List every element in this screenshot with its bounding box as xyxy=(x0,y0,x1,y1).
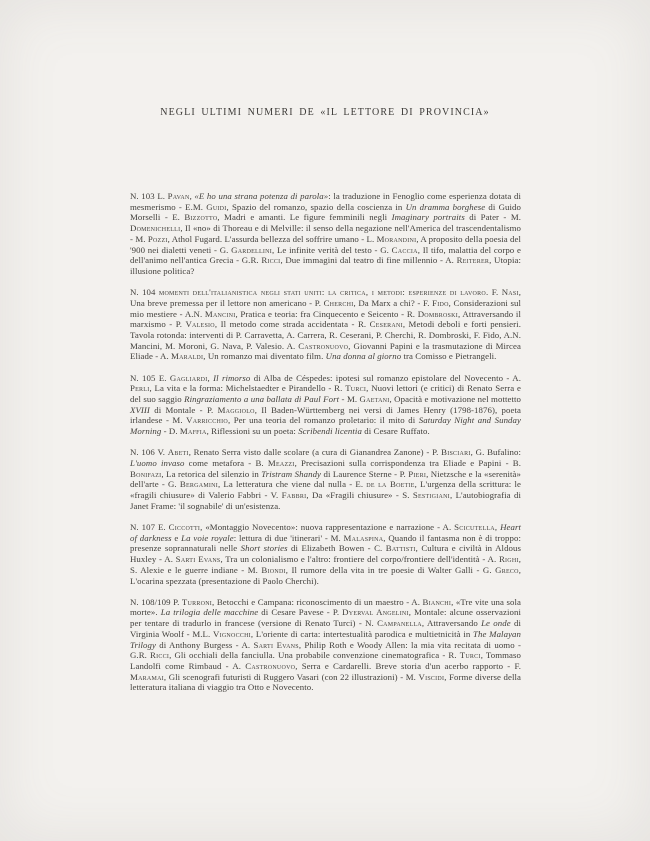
author-name: Pozzi xyxy=(148,234,168,244)
entry-text: di Montale - P. xyxy=(150,405,218,415)
author-name: Ceserani xyxy=(370,319,403,329)
author-name: Abeti xyxy=(168,447,189,457)
author-name: Sarti Evans xyxy=(253,640,298,650)
author-name: Fido xyxy=(432,298,449,308)
author-name: Maramai xyxy=(130,672,164,682)
author-name: Perli xyxy=(130,383,149,393)
work-title: Tristram Shandy xyxy=(261,469,321,479)
author-name: Ricci xyxy=(150,650,169,660)
entry-text: , Pratica e teoria: fra Cinquecento e Se… xyxy=(235,309,417,319)
issue-entry: N. 108/109 P. Turroni, Betocchi e Campan… xyxy=(130,597,521,693)
author-name: Scicutella xyxy=(454,522,495,532)
entry-text: E. xyxy=(159,373,170,383)
entry-text: , «Montaggio Novecento»: nuova rappresen… xyxy=(200,522,454,532)
author-name: Domenichelli xyxy=(130,223,180,233)
entry-text: come metafora - B. xyxy=(184,458,267,468)
entry-text: , Riflessioni su un poeta: xyxy=(207,426,299,436)
entry-text: , Da «Fragili chiusure» - S. xyxy=(306,490,413,500)
entry-text: , Betocchi e Campana: riconoscimento di … xyxy=(212,597,422,607)
author-name: Meazzi xyxy=(268,458,295,468)
entry-text: tra Comisso e Pietrangeli. xyxy=(401,351,496,361)
author-name: Turci xyxy=(345,383,366,393)
document-page: NEGLI ULTIMI NUMERI DE «IL LETTORE DI PR… xyxy=(0,0,650,841)
entry-text: di Cesare Pavese - P. xyxy=(258,607,342,617)
issue-entry: N. 105 E. Gagliardi, Il rimorso di Alba … xyxy=(130,373,521,437)
author-name: Bergamini xyxy=(180,479,218,489)
author-name: Bonifazi xyxy=(130,469,161,479)
work-title: L'uomo invaso xyxy=(130,458,184,468)
author-name: momenti dell'italianistica negli stati u… xyxy=(159,287,489,297)
entry-text: E. xyxy=(158,522,169,532)
entry-text: N. 105 xyxy=(130,373,159,383)
work-title: «E ho una strana potenza di parola» xyxy=(194,191,328,201)
entry-text: , Le infinite verità del testo - G. xyxy=(272,245,392,255)
author-name: Valesio xyxy=(185,319,214,329)
entry-text: e xyxy=(172,533,181,543)
entry-text: di Laurence Sterne - P. xyxy=(321,469,408,479)
entry-text: , Renato Serra visto dalle scolare (a cu… xyxy=(189,447,441,457)
entry-text: , Il metodo come strada accidentata - R. xyxy=(215,319,370,329)
work-title: Ringraziamento a una ballata di Paul For… xyxy=(184,394,339,404)
author-name: Righi xyxy=(499,554,519,564)
issue-entry: N. 107 E. Ciccotti, «Montaggio Novecento… xyxy=(130,522,521,586)
entry-text: - D. xyxy=(161,426,180,436)
author-name: Guidi xyxy=(206,202,226,212)
author-name: Turci xyxy=(460,650,481,660)
entry-text: , Per una teoria del romanzo proletario:… xyxy=(228,415,419,425)
entry-text: - M. xyxy=(339,394,359,404)
entry-text: di Cesare Ruffato. xyxy=(362,426,430,436)
author-name: Maraldi xyxy=(171,351,203,361)
entry-text: , L'oriente di carta: intertestualità pa… xyxy=(251,629,473,639)
entry-text: N. 107 xyxy=(130,522,158,532)
author-name: Bisciari xyxy=(441,447,471,457)
author-name: Maggiolo xyxy=(218,405,255,415)
work-title: La voie royale xyxy=(181,533,234,543)
author-name: Bianchi xyxy=(423,597,452,607)
author-name: Dombroski xyxy=(418,309,458,319)
author-name: Mancini xyxy=(205,309,236,319)
entry-text: , Il rumore della vita in tre poesie di … xyxy=(286,565,495,575)
entry-text: , La vita e la forma: Michelstaedter e P… xyxy=(149,383,345,393)
entry-text: V. xyxy=(157,447,167,457)
author-name: Sarti Evans xyxy=(176,554,221,564)
entry-text: , G. Bufalino: xyxy=(471,447,521,457)
entry-text: N. 103 xyxy=(130,191,157,201)
author-name: Pavan xyxy=(168,191,190,201)
issue-entry: N. 106 V. Abeti, Renato Serra visto dall… xyxy=(130,447,521,511)
author-name: Gardellini xyxy=(231,245,272,255)
author-name: Gagliardi xyxy=(170,373,208,383)
author-name: Morandini xyxy=(377,234,417,244)
author-name: Ciccotti xyxy=(169,522,201,532)
entry-text: , Serra e Cardarelli. Breve storia d'un … xyxy=(295,661,521,671)
author-name: Caccia xyxy=(392,245,418,255)
author-name: Turroni xyxy=(182,597,212,607)
author-name: Castronuovo xyxy=(298,341,348,351)
work-title: Un dramma borghese xyxy=(406,202,486,212)
work-title: Il rimorso xyxy=(213,373,250,383)
entry-text: , Tra un colonialismo e l'altro: frontie… xyxy=(221,554,499,564)
issue-entry: N. 103 L. Pavan, «E ho una strana potenz… xyxy=(130,191,521,277)
author-name: Greco xyxy=(495,565,519,575)
contents-list: N. 103 L. Pavan, «E ho una strana potenz… xyxy=(130,191,521,693)
author-name: Sestigiani xyxy=(413,490,450,500)
page-title: NEGLI ULTIMI NUMERI DE «IL LETTORE DI PR… xyxy=(130,107,521,118)
entry-text: L. xyxy=(157,191,167,201)
entry-text: , Opacità e motivazione nel mottetto xyxy=(390,394,522,404)
entry-text: , Da Marx a chi? - F. xyxy=(354,298,433,308)
work-title: XVIII xyxy=(130,405,150,415)
author-name: Malaspina xyxy=(344,533,384,543)
author-name: Cherchi xyxy=(324,298,354,308)
author-name: Campanella xyxy=(377,618,422,628)
author-name: Ricci xyxy=(261,255,280,265)
entry-text: , La retorica del silenzio in xyxy=(161,469,261,479)
author-name: Fabbri xyxy=(282,490,307,500)
author-name: Maffia xyxy=(180,426,207,436)
work-title: Le onde xyxy=(481,618,511,628)
entry-text: , Attraversando xyxy=(422,618,481,628)
author-name: Varricchio xyxy=(186,415,228,425)
entry-text: , Gli occhiali della fanciulla. Una prob… xyxy=(169,650,460,660)
author-name: Reiterer xyxy=(457,255,490,265)
entry-text: , La letteratura che viene dal nulla - E… xyxy=(218,479,366,489)
entry-text: N. 104 xyxy=(130,287,159,297)
issue-entry: N. 104 momenti dell'italianistica negli … xyxy=(130,287,521,362)
entry-text: P. xyxy=(173,597,182,607)
entry-text: N. 106 xyxy=(130,447,157,457)
author-name: Biondi xyxy=(261,565,285,575)
author-name: Nasi xyxy=(502,287,519,297)
author-name: Dyerval Angelini xyxy=(342,607,409,617)
work-title: Imaginary portraits xyxy=(392,212,465,222)
entry-text: : lettura di due 'itinerari' - M. xyxy=(234,533,344,543)
entry-text: F. xyxy=(488,287,501,297)
author-name: Bizzotto xyxy=(184,212,217,222)
author-name: Battisti xyxy=(386,543,416,553)
work-title: Una donna al giorno xyxy=(326,351,402,361)
author-name: Pieri xyxy=(408,469,426,479)
work-title: La trilogia delle macchine xyxy=(161,607,259,617)
author-name: Castronuovo xyxy=(245,661,295,671)
author-name: de la Boetie xyxy=(366,479,414,489)
entry-text: , Madri e amanti. Le figure femminili ne… xyxy=(217,212,391,222)
entry-text: , Athol Fugard. L'assurda bellezza del s… xyxy=(168,234,377,244)
entry-text: di Pater - M. xyxy=(465,212,521,222)
author-name: Vignocchi xyxy=(213,629,251,639)
entry-text: N. 108/109 xyxy=(130,597,173,607)
work-title: Short stories xyxy=(241,543,288,553)
entry-text: , Due immagini dal teatro di fine millen… xyxy=(280,255,456,265)
entry-text: di Alba de Céspedes: ipotesi sul romanzo… xyxy=(250,373,521,383)
author-name: Gaetani xyxy=(360,394,390,404)
entry-text: , Gli scenografi futuristi di Ruggero Va… xyxy=(164,672,419,682)
work-title: Scribendi licentia xyxy=(298,426,362,436)
entry-text: di Elizabeth Bowen - C. xyxy=(288,543,386,553)
entry-text: , Un romanzo mai diventato film. xyxy=(203,351,325,361)
entry-text: , Spazio del romanzo, spazio della cosci… xyxy=(226,202,405,212)
entry-text: di Anthony Burgess - A. xyxy=(156,640,253,650)
author-name: Viscidi xyxy=(418,672,444,682)
entry-text: , Precisazioni sulla corrispondenza tra … xyxy=(295,458,521,468)
